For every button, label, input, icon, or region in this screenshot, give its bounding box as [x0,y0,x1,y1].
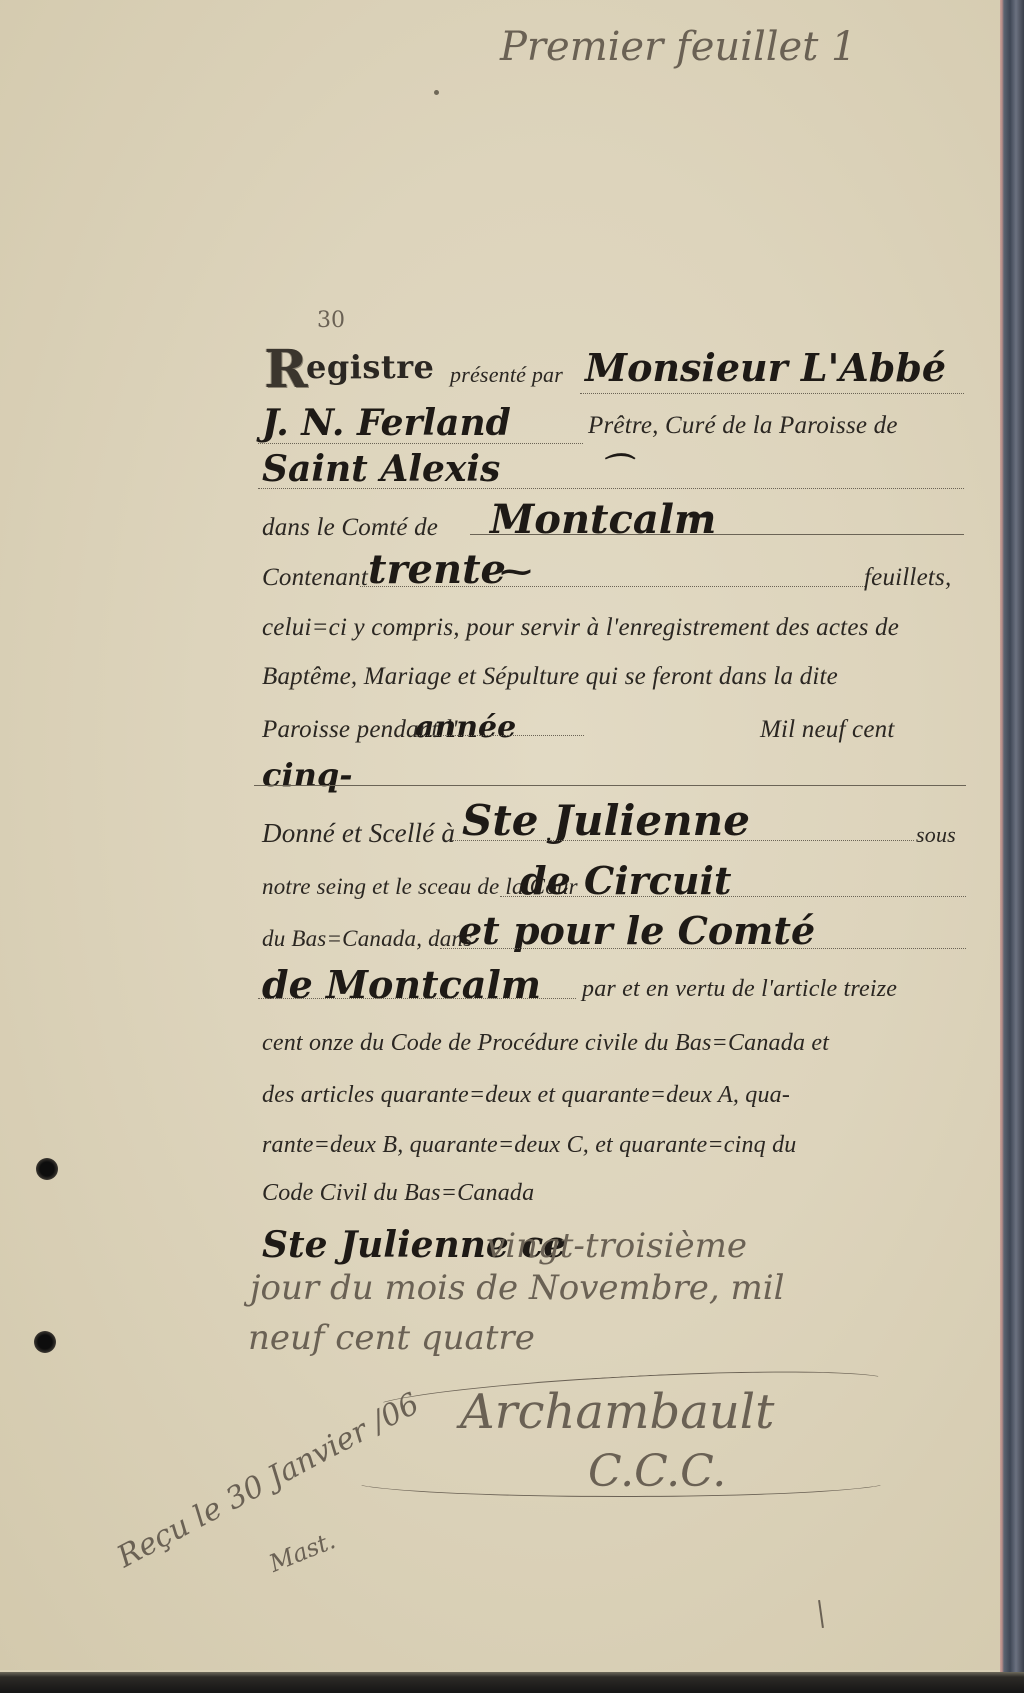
signature-name: Archambault [460,1384,774,1440]
printed-text: Code Civil du Bas=Canada [262,1180,534,1207]
printed-text: des articles quarante=deux et quarante=d… [262,1082,790,1109]
printed-text: présenté par [450,362,563,388]
book-binding-edge [1000,0,1024,1693]
fill-line [580,393,964,394]
handwritten-entry: cinq- [262,756,353,794]
handwritten-entry: et pour le Comté [458,908,815,953]
handwritten-entry: Montcalm [490,496,716,543]
handwritten-date-day: vingt-troisième [486,1226,747,1266]
handwritten-entry: de Montcalm [262,962,541,1007]
handwritten-entry: J. N. Ferland [262,402,511,444]
signature-title: C.C.C. [588,1446,726,1497]
fill-line [258,998,576,999]
form-heading: egistre [306,348,434,386]
fill-line [440,948,966,949]
printed-text: dans le Comté de [262,514,438,542]
book-bottom-edge [0,1672,1024,1693]
printed-text: rante=deux B, quarante=deux C, et quaran… [262,1132,796,1159]
printed-text: cent onze du Code de Procédure civile du… [262,1030,829,1057]
handwritten-entry: Ste Julienne [462,796,750,845]
dash-mark: — [688,500,714,530]
handwritten-date-month: jour du mois de Novembre, mil [250,1268,785,1308]
received-initials: Mast. [265,1526,339,1578]
printed-text: Mil neuf cent [760,716,895,744]
fill-line [258,443,583,444]
fill-line [360,586,865,587]
dash-mark: ⁓ [500,552,532,590]
printed-text: Donné et Scellé à [262,818,455,849]
handwritten-entry: Monsieur L'Abbé [585,345,946,390]
printed-text: celui=ci y compris, pour servir à l'enre… [262,614,899,642]
printed-text: feuillets, [864,564,951,592]
binding-hole [34,1331,56,1353]
pencil-number: 30 [317,308,345,333]
ornamental-initial: R [262,342,310,398]
register-page: Premier feuillet 1 30 R egistre présenté… [0,0,1006,1670]
handwritten-date-year: neuf cent quatre [248,1318,535,1358]
printed-text: Baptême, Mariage et Sépulture qui se fer… [262,663,838,691]
fill-line [470,534,964,535]
fill-line [500,896,966,897]
pencil-tick [818,1600,824,1628]
paper-blemish [434,90,439,95]
fill-line [412,735,584,736]
page-marker: Premier feuillet 1 [500,24,856,70]
fill-line [254,785,966,786]
printed-text: Contenant [262,564,368,592]
handwritten-entry: Saint Alexis [262,448,500,490]
printed-text: sous [916,822,956,848]
fill-line [452,840,914,841]
dash-mark: ⌒ [600,444,630,488]
binding-hole [36,1158,58,1180]
handwritten-entry: année [415,710,516,745]
printed-text: par et en vertu de l'article treize [582,976,897,1003]
fill-line [258,488,964,489]
printed-text: Prêtre, Curé de la Paroisse de [588,412,898,440]
